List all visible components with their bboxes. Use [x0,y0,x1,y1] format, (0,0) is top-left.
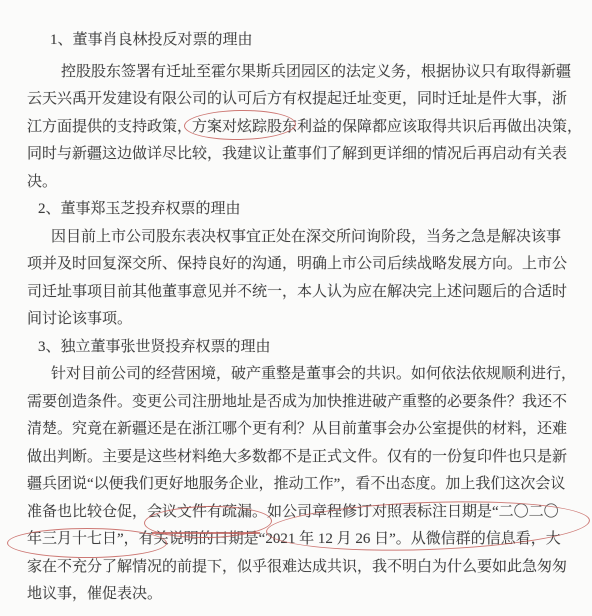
section-2-text-line: 司迁址事项目前其他董事意见并不统一，本人认为应在解决完上述问题后的合适时 [0,283,592,302]
section-1-text-line: 控股股东签署有迁址至霍尔果斯兵团园区的法定义务，根据协议只有取得新疆 [0,63,592,82]
section-3-text-line: 家在不充分了解情况的前提下，似乎很难达成共识，我不明白为什么要如此急匆匆 [0,558,592,577]
section-2-text-line: 间讨论该事项。 [0,310,592,329]
section-1-heading: 1、董事肖良林投反对票的理由 [0,31,592,50]
section-3-text-line: 地议事，催促表决。 [0,585,592,604]
section-3-heading: 3、独立董事张世贤投弃权票的理由 [0,338,592,357]
section-2-text-line: 项并及时回复深交所、保持良好的沟通，明确上市公司后续战略发展方向。上市公 [0,255,592,274]
section-2-heading: 2、董事郑玉芝投弃权票的理由 [0,200,592,219]
section-3-text-line: 针对目前公司的经营困境，破产重整是董事会的共识。如何依法依规顺利进行， [0,365,592,384]
section-1-text-line: 同时与新疆这边做详尽比较，我建议让董事们了解到更详细的情况后再启动有关表 [0,145,592,164]
section-1-text-line: 决。 [0,173,592,192]
section-3-text-line: 准备也比较仓促，会议文件有疏漏。如公司章程修订对照表标注日期是“二〇二〇 [0,503,592,522]
section-3-text-line: 需要创造条件。变更公司注册地址是否成为加快推进破产重整的必要条件？我还不 [0,393,592,412]
section-3-text-line: 疆兵团说“以便我们更好地服务企业，推动工作”，看不出态度。加上我们这次会议 [0,475,592,494]
scanned-document-page: 1、董事肖良林投反对票的理由 控股股东签署有迁址至霍尔果斯兵团园区的法定义务，根… [0,0,592,616]
section-2-text-line: 因目前上市公司股东表决权事宜正处在深交所问询阶段，当务之急是解决该事 [0,228,592,247]
section-3-text-line: 年三月十七日”，有关说明的日期是“2021 年 12 月 26 日”。从微信群的… [0,530,592,549]
section-3-text-line: 做出判断。主要是这些材料绝大多数都不是正式文件。仅有的一份复印件也只是新 [0,448,592,467]
section-3-text-line: 清楚。究竟在新疆还是在浙江哪个更有利？从目前董事会办公室提供的材料，还难 [0,420,592,439]
section-1-text-line: 云天兴禹开发建设有限公司的认可后方有权提起迁址变更，同时迁址是件大事，浙 [0,90,592,109]
section-1-text-line: 江方面提供的支持政策，方案对炫踪股东利益的保障都应该取得共识后再做出决策， [0,118,592,137]
